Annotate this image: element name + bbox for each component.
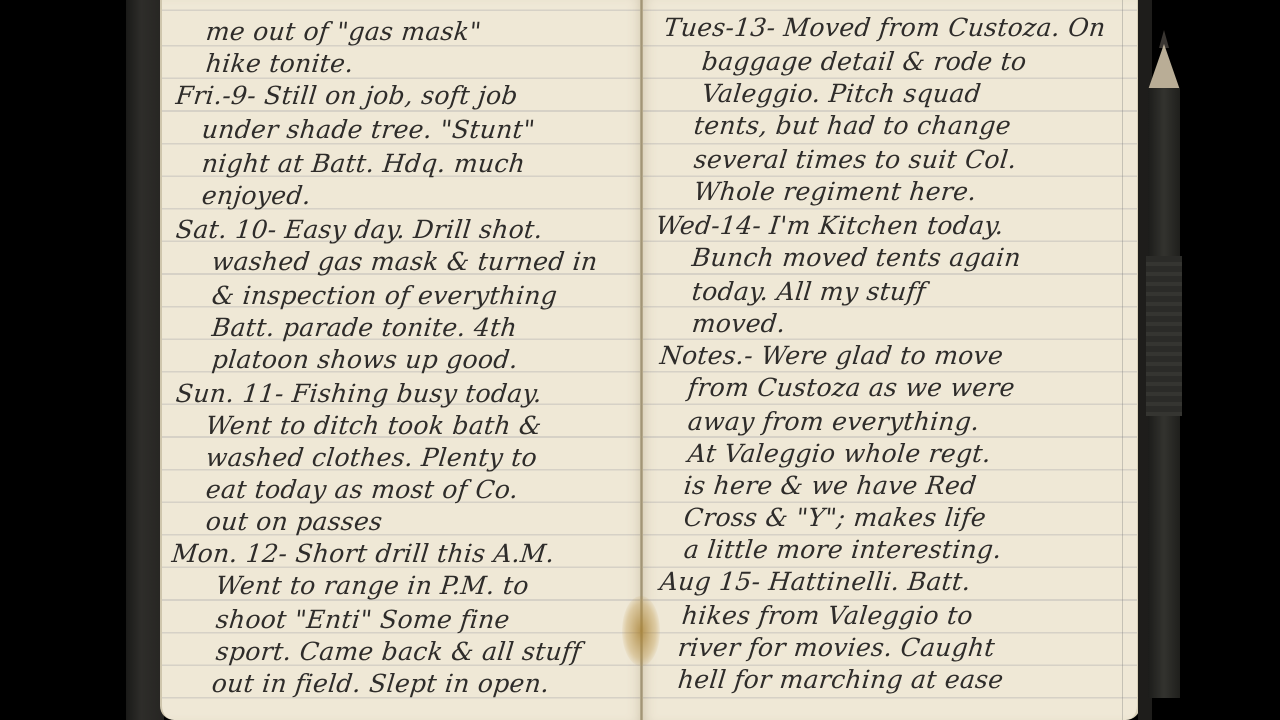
diary-line: from Custoza as we were bbox=[686, 372, 1016, 404]
diary-line: washed gas mask & turned in bbox=[210, 246, 599, 278]
pencil-tip bbox=[1148, 44, 1180, 90]
water-stain bbox=[622, 596, 660, 666]
diary-line: away from everything. bbox=[686, 406, 981, 438]
diary-line: Whole regiment here. bbox=[692, 176, 978, 208]
pencil-grip-band bbox=[1146, 256, 1182, 416]
diary-line: baggage detail & rode to bbox=[700, 46, 1028, 78]
diary-line: Sat. 10- Easy day. Drill shot. bbox=[174, 214, 544, 246]
diary-line: moved. bbox=[690, 308, 787, 340]
diary-line: me out of "gas mask" bbox=[204, 16, 482, 48]
diary-line: hikes from Valeggio to bbox=[680, 600, 974, 632]
diary-line: Fri.-9- Still on job, soft job bbox=[174, 80, 519, 112]
diary-line: Went to range in P.M. to bbox=[214, 570, 530, 602]
diary-line: Mon. 12- Short drill this A.M. bbox=[170, 538, 556, 570]
page-edge-line bbox=[1122, 0, 1123, 720]
diary-page-left: me out of "gas mask"hike tonite.Fri.-9- … bbox=[160, 0, 642, 720]
diary-line: Tues-13- Moved from Custoza. On bbox=[662, 12, 1107, 44]
diary-line: today. All my stuff bbox=[690, 276, 927, 308]
diary-line: At Valeggio whole regt. bbox=[686, 438, 992, 470]
diary-line: Bunch moved tents again bbox=[690, 242, 1022, 274]
diary-line: enjoyed. bbox=[200, 180, 312, 212]
diary-line: out on passes bbox=[204, 506, 384, 538]
diary-line: Aug 15- Hattinelli. Batt. bbox=[658, 566, 972, 598]
diary-page-right: Tues-13- Moved from Custoza. Onbaggage d… bbox=[642, 0, 1140, 720]
diary-line: Went to ditch took bath & bbox=[204, 410, 543, 442]
diary-line: washed clothes. Plenty to bbox=[204, 442, 538, 474]
diary-line: & inspection of everything bbox=[210, 280, 559, 312]
diary-line: a little more interesting. bbox=[682, 534, 1003, 566]
diary-line: eat today as most of Co. bbox=[204, 474, 520, 506]
diary-line: shoot "Enti" Some fine bbox=[214, 604, 511, 636]
diary-line: hike tonite. bbox=[204, 48, 355, 80]
diary-line: tents, but had to change bbox=[692, 110, 1012, 142]
diary-line: out in field. Slept in open. bbox=[210, 668, 551, 700]
diary-line: Batt. parade tonite. 4th bbox=[210, 312, 518, 344]
diary-line: several times to suit Col. bbox=[692, 144, 1018, 176]
diary-line: Sun. 11- Fishing busy today. bbox=[174, 378, 543, 410]
diary-line: night at Batt. Hdq. much bbox=[200, 148, 527, 180]
notebook-cover-left bbox=[126, 0, 164, 720]
diary-line: platoon shows up good. bbox=[210, 344, 519, 376]
pencil-icon bbox=[1146, 30, 1182, 700]
diary-line: is here & we have Red bbox=[682, 470, 978, 502]
diary-line: Notes.- Were glad to move bbox=[658, 340, 1005, 372]
diary-line: Cross & "Y"; makes life bbox=[682, 502, 987, 534]
diary-line: Valeggio. Pitch squad bbox=[700, 78, 982, 110]
diary-line: river for movies. Caught bbox=[676, 632, 996, 664]
diary-line: hell for marching at ease bbox=[676, 664, 1005, 696]
diary-line: under shade tree. "Stunt" bbox=[200, 114, 536, 146]
diary-line: sport. Came back & all stuff bbox=[214, 636, 583, 668]
diary-line: Wed-14- I'm Kitchen today. bbox=[654, 210, 1005, 242]
